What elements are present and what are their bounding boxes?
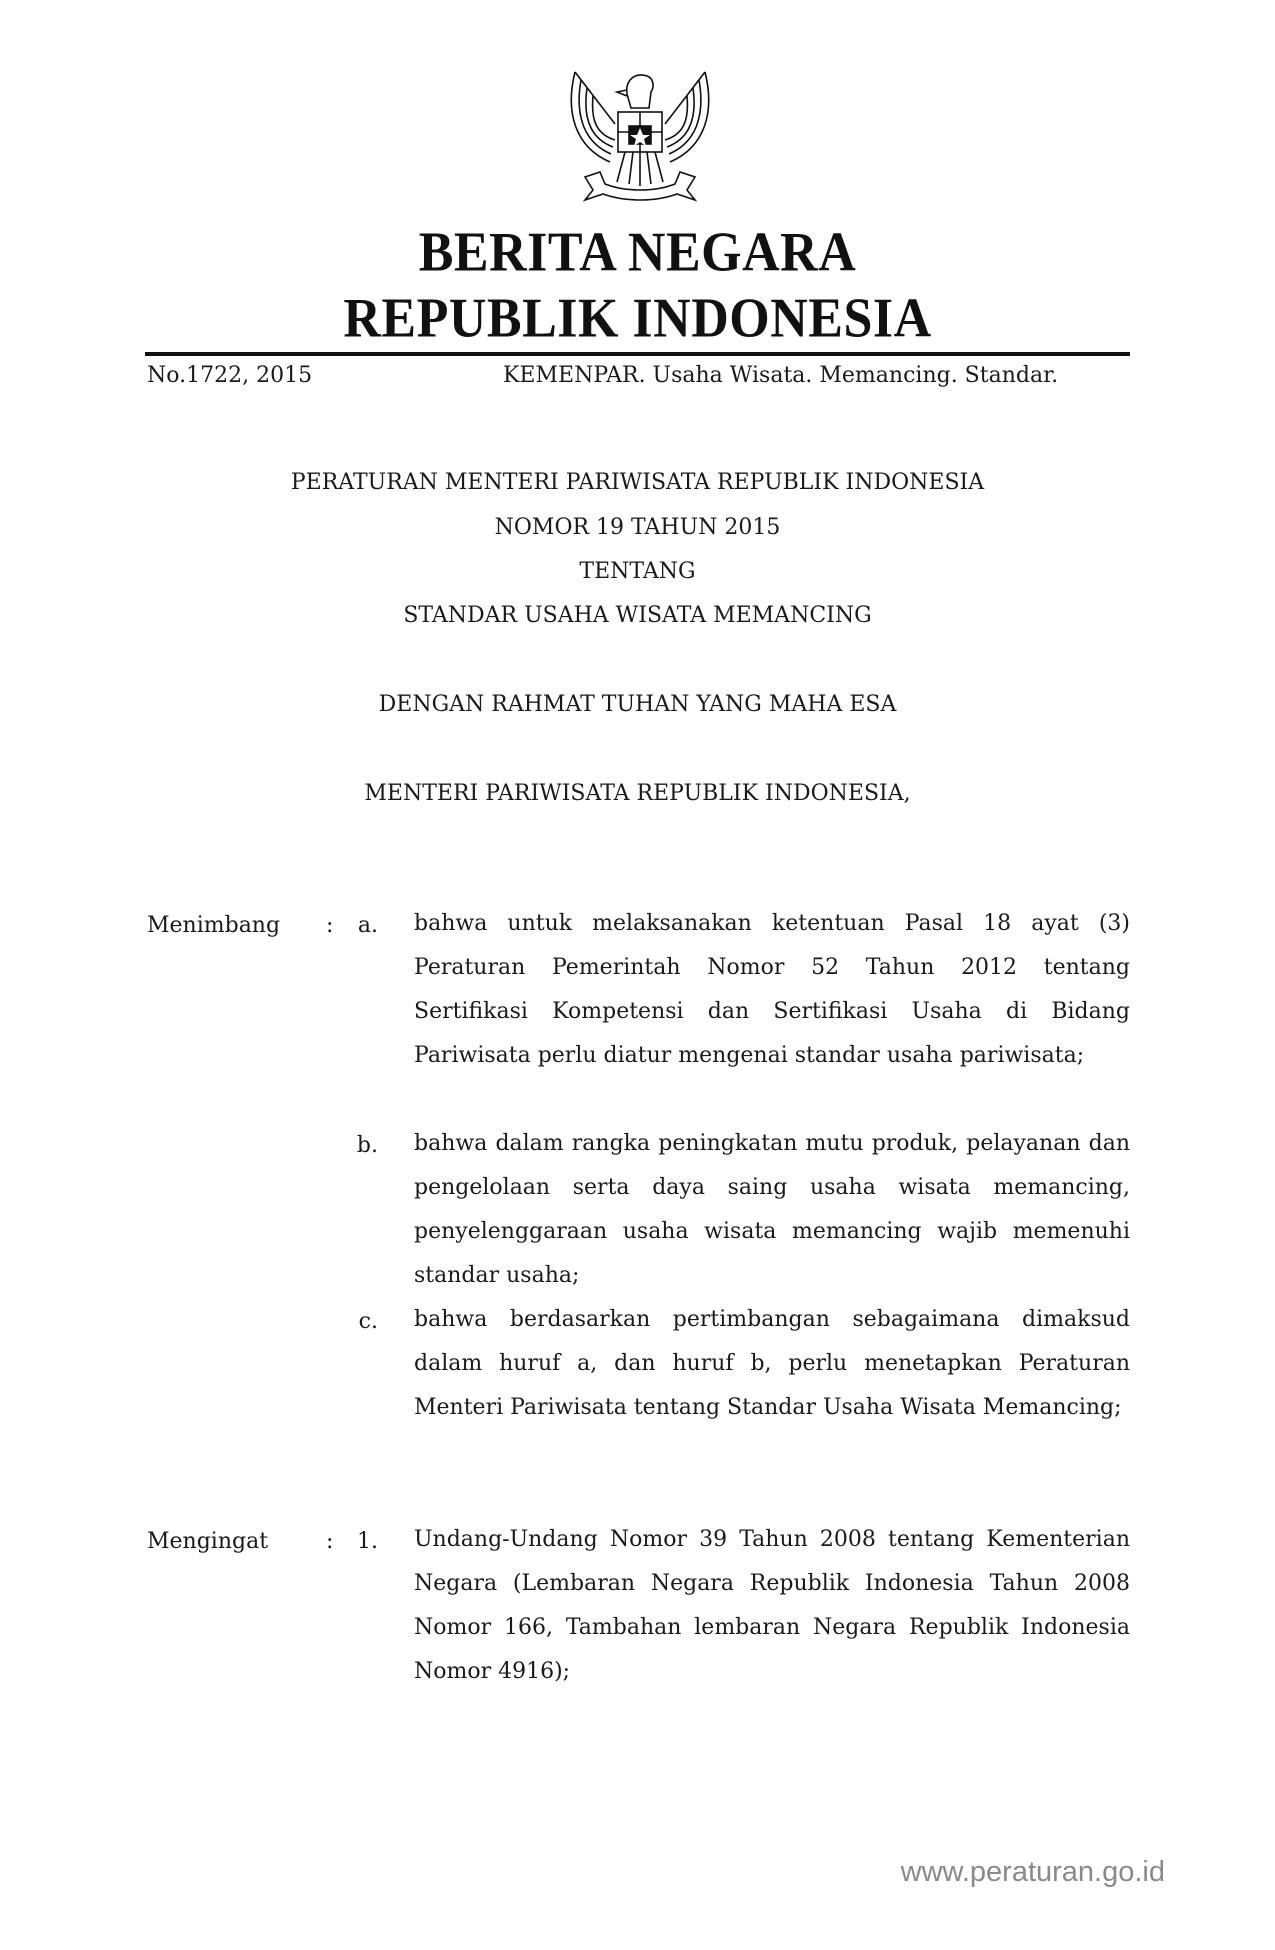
regulation-subject: STANDAR USAHA WISATA MEMANCING xyxy=(0,603,1275,628)
masthead-divider xyxy=(145,352,1130,356)
regulation-title: PERATURAN MENTERI PARIWISATA REPUBLIK IN… xyxy=(0,470,1275,495)
source-watermark: www.peraturan.go.id xyxy=(901,1856,1165,1889)
garuda-emblem-icon xyxy=(555,52,725,212)
menimbang-item: bahwa berdasarkan pertimbangan sebagaima… xyxy=(414,1298,1130,1430)
menimbang-item: bahwa untuk melaksanakan ketentuan Pasal… xyxy=(414,902,1130,1078)
mengingat-item: Undang-Undang Nomor 39 Tahun 2008 tentan… xyxy=(414,1518,1130,1694)
masthead-title-line1: BERITA NEGARA xyxy=(0,221,1275,285)
regulation-number: NOMOR 19 TAHUN 2015 xyxy=(0,515,1275,540)
mengingat-item-marker: 1. xyxy=(338,1529,378,1554)
menimbang-label: Menimbang xyxy=(147,913,280,938)
mengingat-label: Mengingat xyxy=(147,1529,268,1554)
menimbang-item-marker: a. xyxy=(338,913,378,938)
issuer: MENTERI PARIWISATA REPUBLIK INDONESIA, xyxy=(0,781,1275,806)
masthead-title-line2: REPUBLIK INDONESIA xyxy=(0,287,1275,351)
issue-topic: KEMENPAR. Usaha Wisata. Memancing. Stand… xyxy=(503,363,1058,388)
menimbang-item: bahwa dalam rangka peningkatan mutu prod… xyxy=(414,1122,1130,1298)
regulation-about-label: TENTANG xyxy=(0,559,1275,584)
invocation: DENGAN RAHMAT TUHAN YANG MAHA ESA xyxy=(0,692,1275,717)
issue-number: No.1722, 2015 xyxy=(147,363,312,388)
menimbang-item-marker: c. xyxy=(338,1309,378,1334)
menimbang-colon: : xyxy=(326,913,333,938)
mengingat-colon: : xyxy=(326,1529,333,1554)
menimbang-item-marker: b. xyxy=(338,1133,378,1158)
